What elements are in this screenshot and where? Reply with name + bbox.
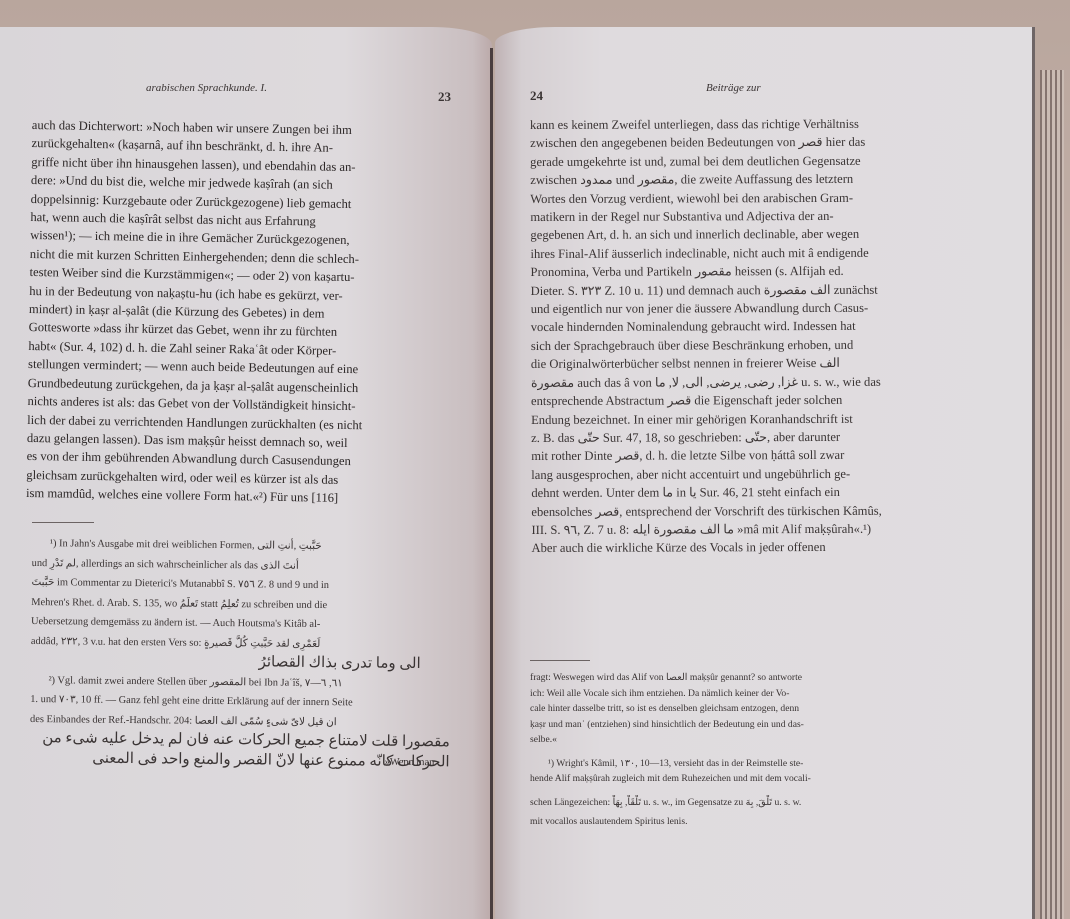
right-page-number: 24 <box>530 88 543 104</box>
body-line: entsprechende Abstractum قصر die Eigensc… <box>531 391 971 411</box>
left-footnotes: ¹) In Jahn's Ausgabe mit drei weiblichen… <box>30 534 452 773</box>
right-footnotes: fragt: Weswegen wird das Alif von العصا … <box>530 670 960 830</box>
body-line: die Originalwörterbücher selbst nennen i… <box>531 354 971 374</box>
footnote-line: cale hinter dasselbe tritt, so ist es de… <box>530 701 960 717</box>
book-spine <box>490 48 493 919</box>
body-line: Aber auch die wirkliche Kürze des Vocals… <box>531 538 971 558</box>
body-line: z. B. das حتّى Sur. 47, 18, so geschrieb… <box>531 427 971 447</box>
left-footnote-rule <box>32 522 94 523</box>
footnote-line: selbe.« <box>530 732 960 748</box>
right-body-text: kann es keinem Zweifel unterliegen, dass… <box>530 114 972 557</box>
footnote-line: ¹) Wright's Kâmil, ١٣٠, 10—13, versieht … <box>530 756 960 772</box>
body-line: Endung bezeichnet. In einer mir gehörige… <box>531 409 971 429</box>
body-line: gerade umgekehrte ist und, zumal bei dem… <box>530 151 970 171</box>
body-line: kann es keinem Zweifel unterliegen, dass… <box>530 114 970 134</box>
footnote-line: schen Längezeichen: تَلْقَاْ, بِهَاْ u. … <box>530 795 960 811</box>
footnote-line: ich: Weil alle Vocale sich ihm entziehen… <box>530 686 960 702</box>
body-line: Pronomina, Verba und Partikeln مقصور hei… <box>531 262 971 282</box>
body-line: ihres Final-Alif äusserlich indeclinable… <box>530 243 970 263</box>
left-body-text: auch das Dichterwort: »Noch haben wir un… <box>26 116 452 509</box>
body-line: und eigentlich nur von jener die äussere… <box>531 299 971 319</box>
left-running-header: arabischen Sprachkunde. I. <box>146 82 267 94</box>
right-running-header: Beiträge zur <box>706 82 761 94</box>
body-line: Dieter. S. ٣٢٣ Z. 10 u. 11) und demnach … <box>531 280 971 300</box>
footnote-line: ḳaṣr und manʿ (entziehen) sind hinsichtl… <box>530 717 960 733</box>
footnote-line: mit vocallos auslautendem Spiritus lenis… <box>530 814 960 830</box>
body-line: ebensolches قصر, entsprechend der Vorsch… <box>531 501 971 521</box>
page-edges <box>1040 70 1064 919</box>
footnote-line: fragt: Weswegen wird das Alif von العصا … <box>530 670 960 686</box>
footnote-line: hende Alif maḳṣûrah zugleich mit dem Ruh… <box>530 771 960 787</box>
body-line: mit rother Dinte قصر, d. h. die letzte S… <box>531 446 971 466</box>
body-line: zwischen ممدود und مقصور, die zweite Auf… <box>530 170 970 190</box>
body-line: مقصورة auch das â von غزا, رضى, يرضى, ال… <box>531 372 971 392</box>
body-line: zwischen den angegebenen beiden Bedeutun… <box>530 133 970 153</box>
right-footnote-rule <box>530 660 590 661</box>
body-line: gegebenen Art, d. h. an sich und innerli… <box>530 225 970 245</box>
body-line: vocale hindernden Nominalendung gebrauch… <box>531 317 971 337</box>
body-line: III. S. ٩٦, Z. 7 u. 8: ما الف مقصورة ايل… <box>531 519 971 539</box>
body-line: lang ausgesprochen, aber nicht accentuir… <box>531 464 971 484</box>
left-page-number: 23 <box>438 89 451 105</box>
body-line: matikern in der Regel nur Substantiva un… <box>530 206 970 226</box>
body-line: dehnt werden. Unter dem ما in يا Sur. 46… <box>531 483 971 503</box>
body-line: Wortes den Vorzug verdient, wiewohl bei … <box>530 188 970 208</box>
body-line: sich der Sprachgebrauch über diese Besch… <box>531 335 971 355</box>
